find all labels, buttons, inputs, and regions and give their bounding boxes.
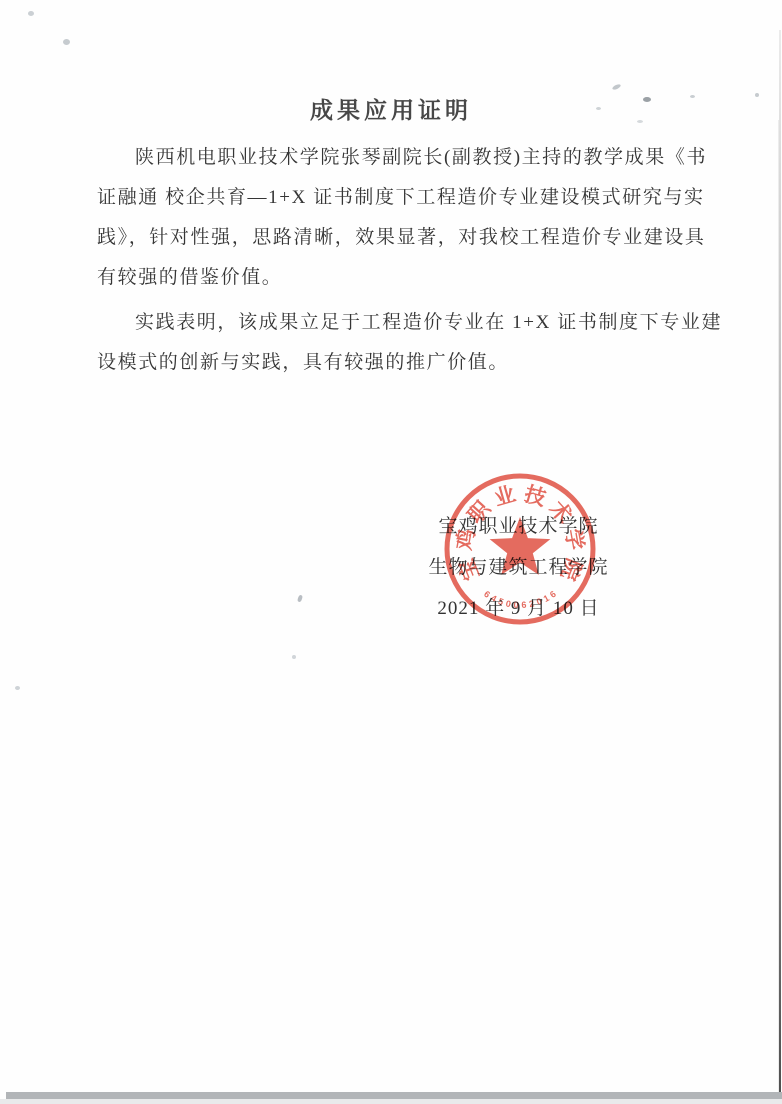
scan-speck	[63, 39, 70, 45]
scan-speck	[297, 595, 303, 603]
scanned-certificate-page: 成果应用证明 陕西机电职业技术学院张琴副院长(副教授)主持的教学成果《书 证融通…	[0, 0, 782, 1104]
body-line: 践》，针对性强，思路清晰，效果显著，对我校工程造价专业建设具	[66, 218, 716, 258]
scan-speck	[612, 83, 622, 90]
scan-speck	[15, 686, 20, 690]
scan-edge-bottom-light	[0, 1099, 782, 1104]
scan-edge-bottom-strip	[6, 1092, 782, 1099]
body-line: 有较强的借鉴价值。	[66, 258, 716, 298]
scan-speck	[28, 11, 34, 16]
body-line: 证融通 校企共育—1+X 证书制度下工程造价专业建设模式研究与实	[66, 178, 716, 218]
signature-block: 宝鸡职业技术学院 生物与建筑工程学院 2021 年 9 月 10 日	[396, 506, 641, 629]
body-line: 实践表明，该成果立足于工程造价专业在 1+X 证书制度下专业建	[66, 303, 716, 343]
body-line: 设模式的创新与实践，具有较强的推广价值。	[66, 343, 716, 383]
signature-date: 2021 年 9 月 10 日	[396, 588, 641, 629]
signature-org-line1: 宝鸡职业技术学院	[396, 506, 641, 547]
scan-edge-right-dark	[779, 30, 781, 1096]
scan-speck	[292, 655, 296, 659]
signature-org-line2: 生物与建筑工程学院	[396, 547, 641, 588]
document-body: 陕西机电职业技术学院张琴副院长(副教授)主持的教学成果《书 证融通 校企共育—1…	[66, 138, 716, 383]
body-line: 陕西机电职业技术学院张琴副院长(副教授)主持的教学成果《书	[66, 138, 716, 178]
document-title: 成果应用证明	[0, 92, 782, 125]
